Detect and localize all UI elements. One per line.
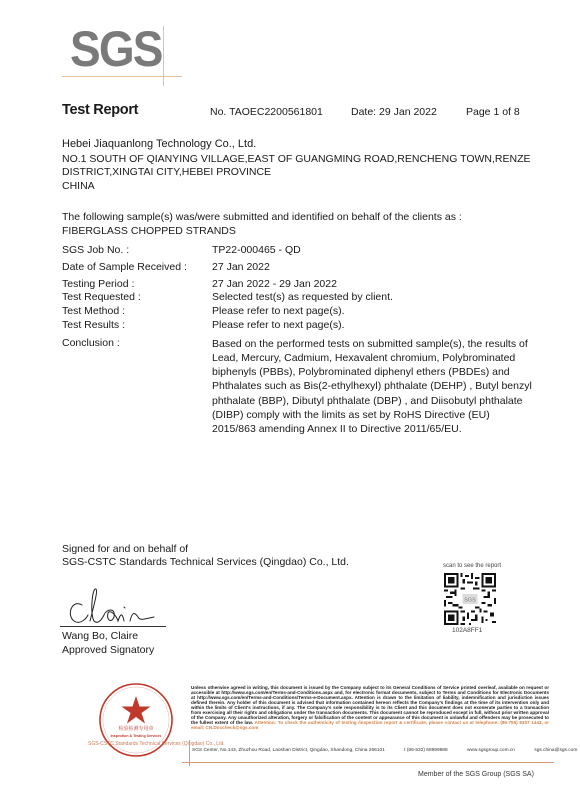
field-row-test-method: Test Method : Please refer to next page(… (62, 305, 532, 319)
field-label: Date of Sample Received : (62, 261, 212, 275)
signer-block: Wang Bo, Claire Approved Signatory (62, 629, 154, 657)
qr-code-id: 102A8FF1 (452, 627, 482, 634)
field-label: Test Method : (62, 305, 212, 319)
document-title: Test Report (62, 102, 138, 118)
qr-label: scan to see the report (443, 563, 501, 569)
client-address-line2: DISTRICT,XINGTAI CITY,HEBEI PROVINCE (62, 166, 530, 180)
field-value: 27 Jan 2022 (212, 261, 532, 275)
footer-email[interactable]: sgs.china@sgs.com (534, 748, 577, 753)
field-label: Test Results : (62, 319, 212, 333)
client-country: CHINA (62, 180, 530, 194)
footer-phone: t (86-532) 68999888 (404, 748, 447, 753)
signed-line1: Signed for and on behalf of (62, 543, 349, 556)
field-row-testing-period: Testing Period : 27 Jan 2022 - 29 Jan 20… (62, 278, 532, 292)
logo-vertical-line (163, 26, 164, 86)
field-value: Please refer to next page(s). (212, 319, 532, 333)
qr-code[interactable]: SGS (444, 573, 496, 625)
field-label: Testing Period : (62, 278, 212, 292)
report-date: Date: 29 Jan 2022 (351, 106, 437, 118)
signer-title: Approved Signatory (62, 643, 154, 657)
sgs-group-membership: Member of the SGS Group (SGS SA) (418, 771, 534, 778)
sgs-logo-text: SGS (70, 24, 162, 74)
field-label: SGS Job No. : (62, 244, 212, 258)
footer-contact: SGS Center, No.143, Zhuzhou Road, Laosha… (192, 748, 580, 753)
signed-line2: SGS-CSTC Standards Technical Services (Q… (62, 556, 349, 569)
seal-center-en: Inspection & Testing Services (111, 734, 162, 738)
footer-rule (182, 762, 554, 763)
field-label: Test Requested : (62, 291, 212, 305)
field-value: Please refer to next page(s). (212, 305, 532, 319)
seal-band-text: SGS-CSTC Standards Technical Services (Q… (88, 741, 225, 747)
field-row-conclusion: Conclusion : Based on the performed test… (62, 337, 532, 436)
signed-on-behalf: Signed for and on behalf of SGS-CSTC Sta… (62, 543, 349, 569)
seal-star-icon (122, 696, 151, 724)
client-name: Hebei Jiaquanlong Technology Co., Ltd. (62, 138, 530, 152)
signer-name: Wang Bo, Claire (62, 629, 154, 643)
client-address-line1: NO.1 SOUTH OF QIANYING VILLAGE,EAST OF G… (62, 153, 530, 167)
handwritten-signature (64, 585, 174, 627)
footer-address: SGS Center, No.143, Zhuzhou Road, Laosha… (192, 748, 385, 753)
field-value: Selected test(s) as requested by client. (212, 291, 532, 305)
report-fields: SGS Job No. : TP22-000465 - QD Date of S… (62, 244, 532, 436)
field-row-test-results: Test Results : Please refer to next page… (62, 319, 532, 333)
field-value: TP22-000465 - QD (212, 244, 532, 258)
report-number: No. TAOEC2200561801 (210, 106, 323, 118)
conclusion-text: Based on the performed tests on submitte… (212, 337, 532, 436)
qr-center-text: SGS (464, 597, 476, 603)
footer-website[interactable]: www.sgsgroup.com.cn (467, 748, 515, 753)
page-indicator: Page 1 of 8 (466, 106, 520, 118)
logo-horizontal-line (62, 76, 182, 77)
legal-disclaimer: Unless otherwise agreed in writing, this… (191, 685, 549, 730)
field-row-test-requested: Test Requested : Selected test(s) as req… (62, 291, 532, 305)
sample-intro: The following sample(s) was/were submitt… (62, 211, 482, 238)
conclusion-label: Conclusion : (62, 337, 212, 436)
signature-line (60, 626, 166, 627)
field-value: 27 Jan 2022 - 29 Jan 2022 (212, 278, 532, 292)
client-block: Hebei Jiaquanlong Technology Co., Ltd. N… (62, 138, 530, 193)
disclaimer-body: Unless otherwise agreed in writing, this… (191, 685, 549, 725)
field-row-date-received: Date of Sample Received : 27 Jan 2022 (62, 261, 532, 275)
field-row-job-no: SGS Job No. : TP22-000465 - QD (62, 244, 532, 258)
seal-center-cn: 检验检测专用章 (118, 725, 153, 732)
sgs-logo: SGS (58, 18, 188, 86)
